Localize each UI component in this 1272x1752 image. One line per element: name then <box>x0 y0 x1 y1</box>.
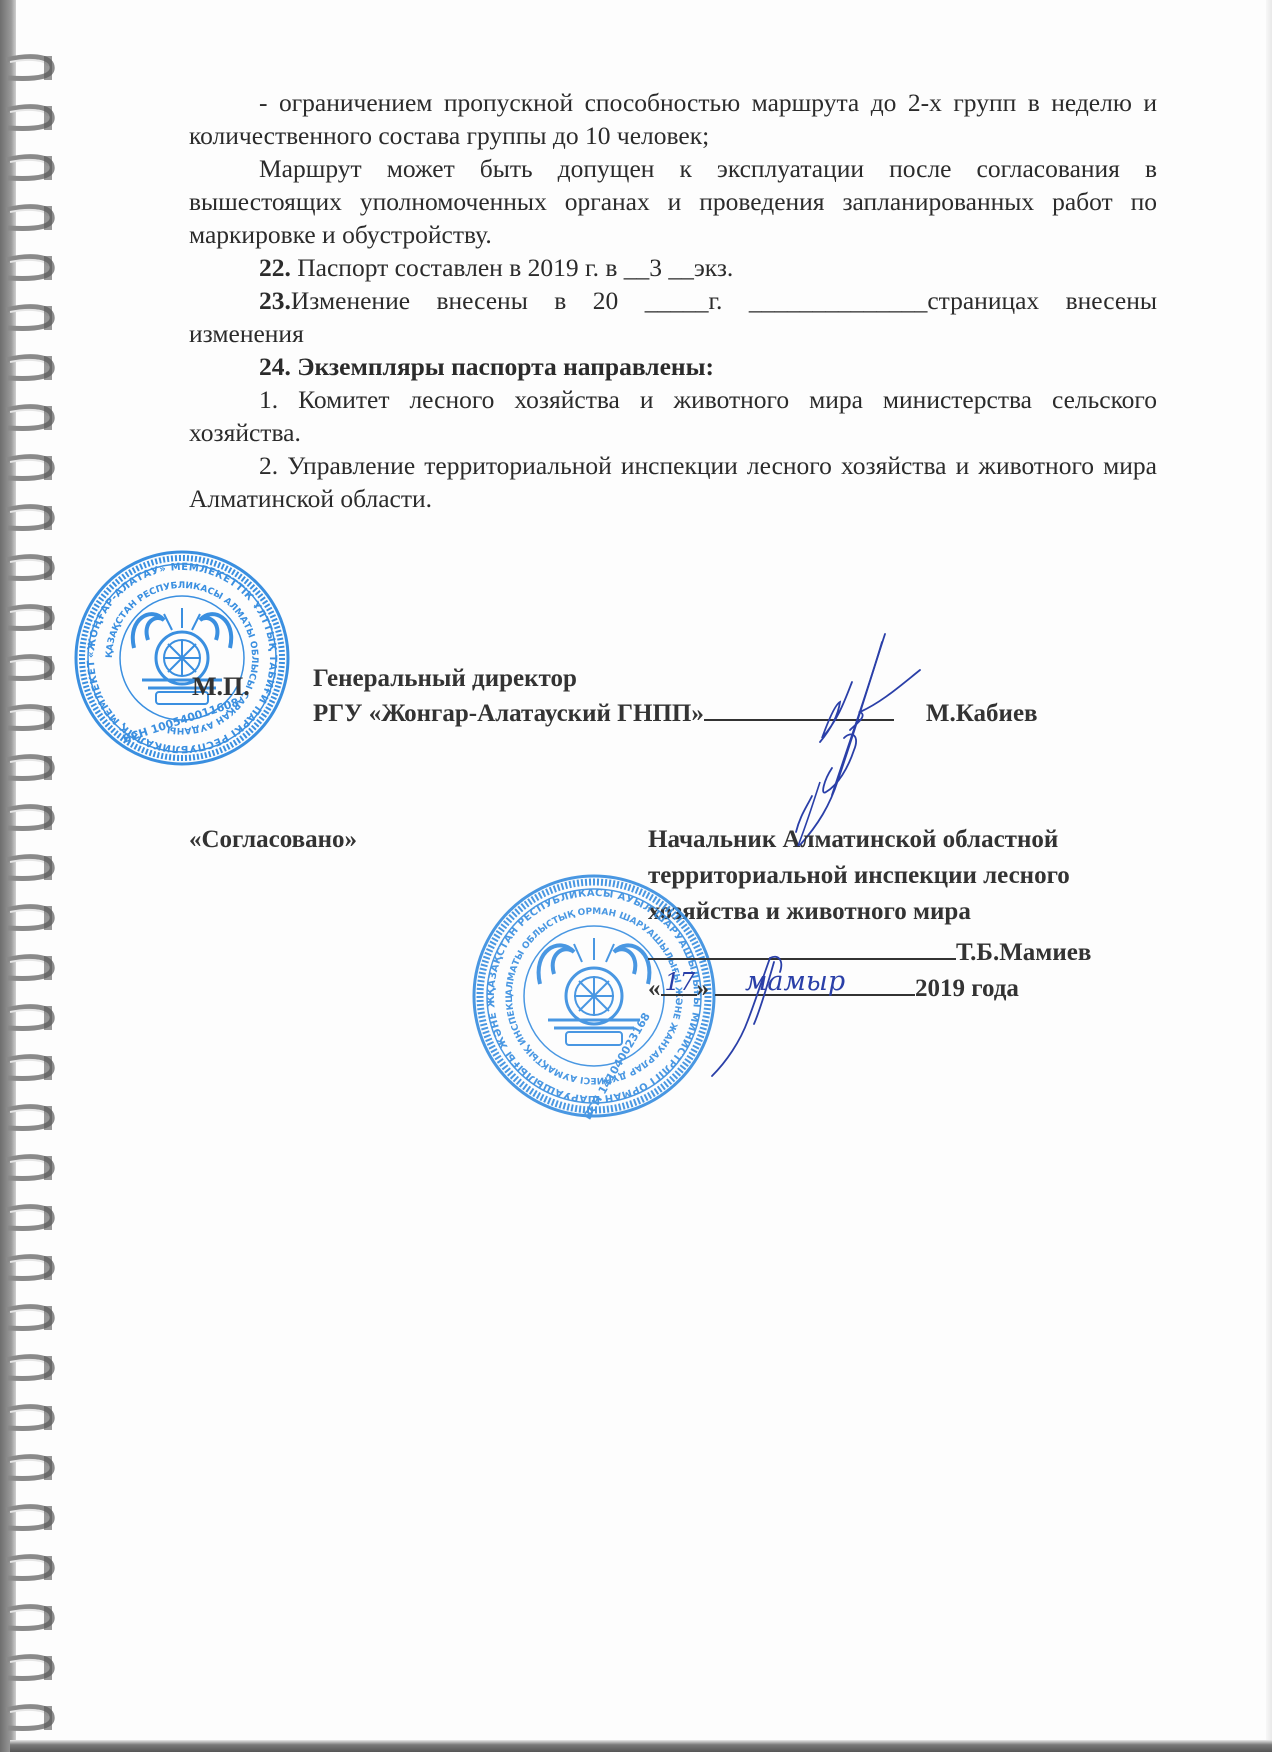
item-24-heading: 24. Экземпляры паспорта направлены: <box>189 350 1157 383</box>
date-year: 2019 года <box>915 975 1019 1002</box>
spiral-binding <box>0 0 60 1752</box>
date-open-quote: « <box>648 975 661 1002</box>
date-month-field: мамыр <box>715 972 915 996</box>
approval-date: «17»мамыр2019 года <box>648 972 1019 1003</box>
approver-name: Т.Б.Мамиев <box>956 939 1091 966</box>
paragraph-approval: Маршрут может быть допущен к эксплуатаци… <box>189 152 1157 251</box>
director-name: М.Кабиев <box>926 700 1038 727</box>
page-right-edge <box>1266 0 1272 1752</box>
item-23-text: Изменение внесены в 20 _____г. _________… <box>189 286 1157 348</box>
approver-signature-line: Т.Б.Мамиев <box>648 936 1091 967</box>
date-close-quote: » <box>697 975 710 1002</box>
page-bottom-edge <box>10 1740 1272 1752</box>
item-22: 22. Паспорт составлен в 2019 г. в __3 __… <box>189 251 1157 284</box>
date-day: 17 <box>665 968 696 996</box>
director-organization: РГУ «Жонгар-Алатауский ГНПП» <box>313 700 704 727</box>
approver-title-line-1: Начальник Алматинской областной <box>648 826 1058 854</box>
paragraph-restriction: - ограничением пропускной способностью м… <box>189 86 1157 152</box>
director-title: Генеральный директор <box>313 665 577 693</box>
item-22-number: 22. <box>259 253 291 282</box>
seal-placeholder-label: М.П. <box>192 672 250 702</box>
date-day-field: 17 <box>661 972 697 996</box>
official-seal-left: «ЖОҢҒАР-АЛАТАУ» МЕМЛЕКЕТТІК ҰЛТТЫҚ ТАБИҒ… <box>72 548 292 768</box>
director-signature-blank <box>704 697 894 721</box>
date-month: мамыр <box>745 966 845 997</box>
agreed-label: «Согласовано» <box>189 826 357 854</box>
item-23-number: 23. <box>259 286 291 315</box>
item-22-text: Паспорт составлен в 2019 г. в __3 __экз. <box>291 253 733 282</box>
item-23: 23.Изменение внесены в 20 _____г. ______… <box>189 284 1157 350</box>
director-signature <box>760 620 940 850</box>
director-signature-line: РГУ «Жонгар-Алатауский ГНПП»М.Кабиев <box>313 697 1038 728</box>
approver-signature-blank <box>648 936 956 960</box>
recipient-2: 2. Управление территориальной инспекции … <box>189 449 1157 515</box>
recipient-1: 1. Комитет лесного хозяйства и животного… <box>189 383 1157 449</box>
